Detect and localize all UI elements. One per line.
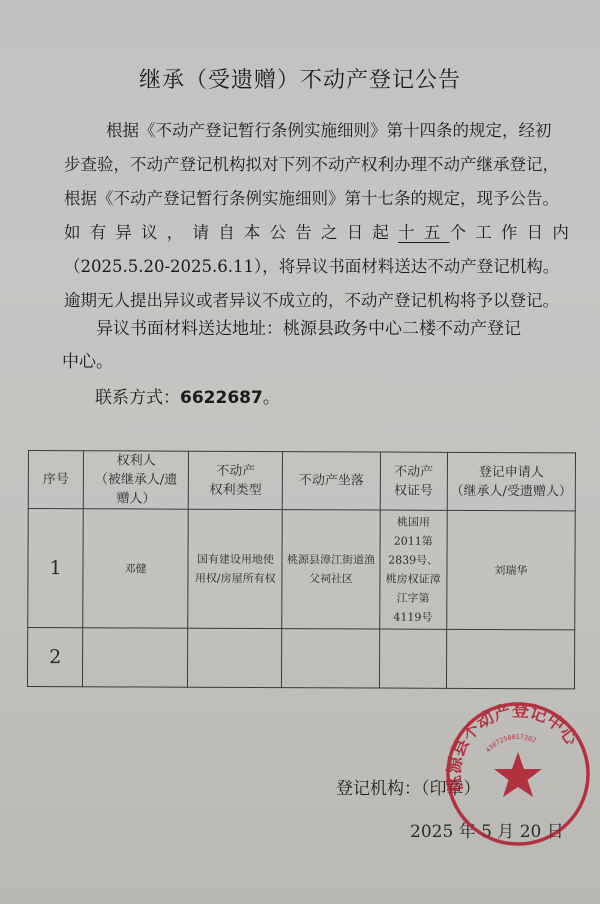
header-cert-no-line-2: 权证号 [383, 481, 443, 500]
registration-table: 序号 权利人 （被继承人/遗 赠人） 不动产 权利类型 不动产坐落 不动产 权证… [27, 450, 576, 689]
table-row: 1 邓健 国有建设用地使用权/房屋所有权 桃源县漳江街道渔父祠社区 桃国用201… [28, 509, 576, 630]
cell-location: 桃源县漳江街道渔父祠社区 [282, 510, 380, 629]
header-holder-line-2: （被继承人/遗 [87, 470, 185, 489]
contact-label: 联系方式： [95, 388, 180, 408]
objection-days: 十五 [398, 223, 449, 242]
header-location: 不动产坐落 [283, 452, 380, 510]
paragraph-3-line-2: 中心。 [62, 345, 113, 379]
contact-line: 联系方式：6622687。 [95, 381, 280, 415]
notice-page: 继承（受遗赠）不动产登记公告 根据《不动产登记暂行条例实施细则》第十四条的规定，… [0, 0, 600, 904]
page-title: 继承（受遗赠）不动产登记公告 [0, 63, 600, 94]
cell-right-type [188, 628, 282, 687]
paragraph-3-line-1: 异议书面材料送达地址：桃源县政务中心二楼不动产登记 [96, 312, 521, 346]
header-applicant-line-2: （继承人/受遗赠人） [451, 481, 572, 501]
official-seal-stamp: 桃源县不动产登记中心 4307250017302 [444, 700, 592, 848]
header-cert-no-line-1: 不动产 [383, 462, 443, 481]
cell-applicant [446, 629, 575, 689]
objection-period-suffix: 个工作日内 [450, 223, 579, 242]
header-applicant-line-1: 登记申请人 [451, 462, 572, 482]
header-seq: 序号 [28, 451, 83, 509]
contact-end: 。 [263, 388, 280, 408]
seal-code: 4307250017302 [484, 733, 537, 754]
cell-cert-no: 桃国用2011第2839号、桃房权证漳江字第4119号 [379, 510, 447, 629]
paragraph-1-line-3: 根据《不动产登记暂行条例实施细则》第十七条的规定，现予公告。 [64, 182, 559, 216]
cell-seq: 2 [27, 628, 82, 687]
cell-seq: 1 [28, 509, 84, 628]
paragraph-1-line-1: 根据《不动产登记暂行条例实施细则》第十四条的规定，经初 [106, 114, 552, 148]
header-holder-line-1: 权利人 [87, 451, 185, 470]
cell-right-type: 国有建设用地使用权/房屋所有权 [188, 509, 283, 628]
header-holder-line-3: 赠人） [87, 489, 185, 508]
cell-applicant: 刘瑞华 [446, 510, 575, 630]
header-holder: 权利人 （被继承人/遗 赠人） [83, 451, 188, 509]
table-header-row: 序号 权利人 （被继承人/遗 赠人） 不动产 权利类型 不动产坐落 不动产 权证… [28, 451, 575, 511]
objection-period-intro: 如有异议，请自本公告之日起 [64, 223, 398, 242]
cell-holder [83, 628, 188, 687]
paragraph-1-line-2: 步查验，不动产登记机构拟对下列不动产权利办理不动产继承登记， [64, 148, 559, 182]
header-right-type: 不动产 权利类型 [189, 451, 283, 509]
header-cert-no: 不动产 权证号 [380, 452, 447, 510]
header-right-type-line-1: 不动产 [192, 461, 279, 480]
cell-location [282, 629, 379, 688]
star-icon [494, 752, 542, 797]
table-row: 2 [27, 628, 574, 689]
contact-phone: 6622687 [180, 388, 263, 408]
paragraph-2-line-1: 如有异议，请自本公告之日起十五个工作日内 [64, 216, 578, 250]
cell-cert-no [379, 629, 446, 688]
cell-holder: 邓健 [83, 509, 189, 628]
paragraph-2-line-2: （2025.5.20-2025.6.11），将异议书面材料送达不动产登记机构。 [64, 250, 559, 284]
header-applicant: 登记申请人 （继承人/受遗赠人） [447, 452, 576, 511]
header-right-type-line-2: 权利类型 [192, 480, 279, 499]
